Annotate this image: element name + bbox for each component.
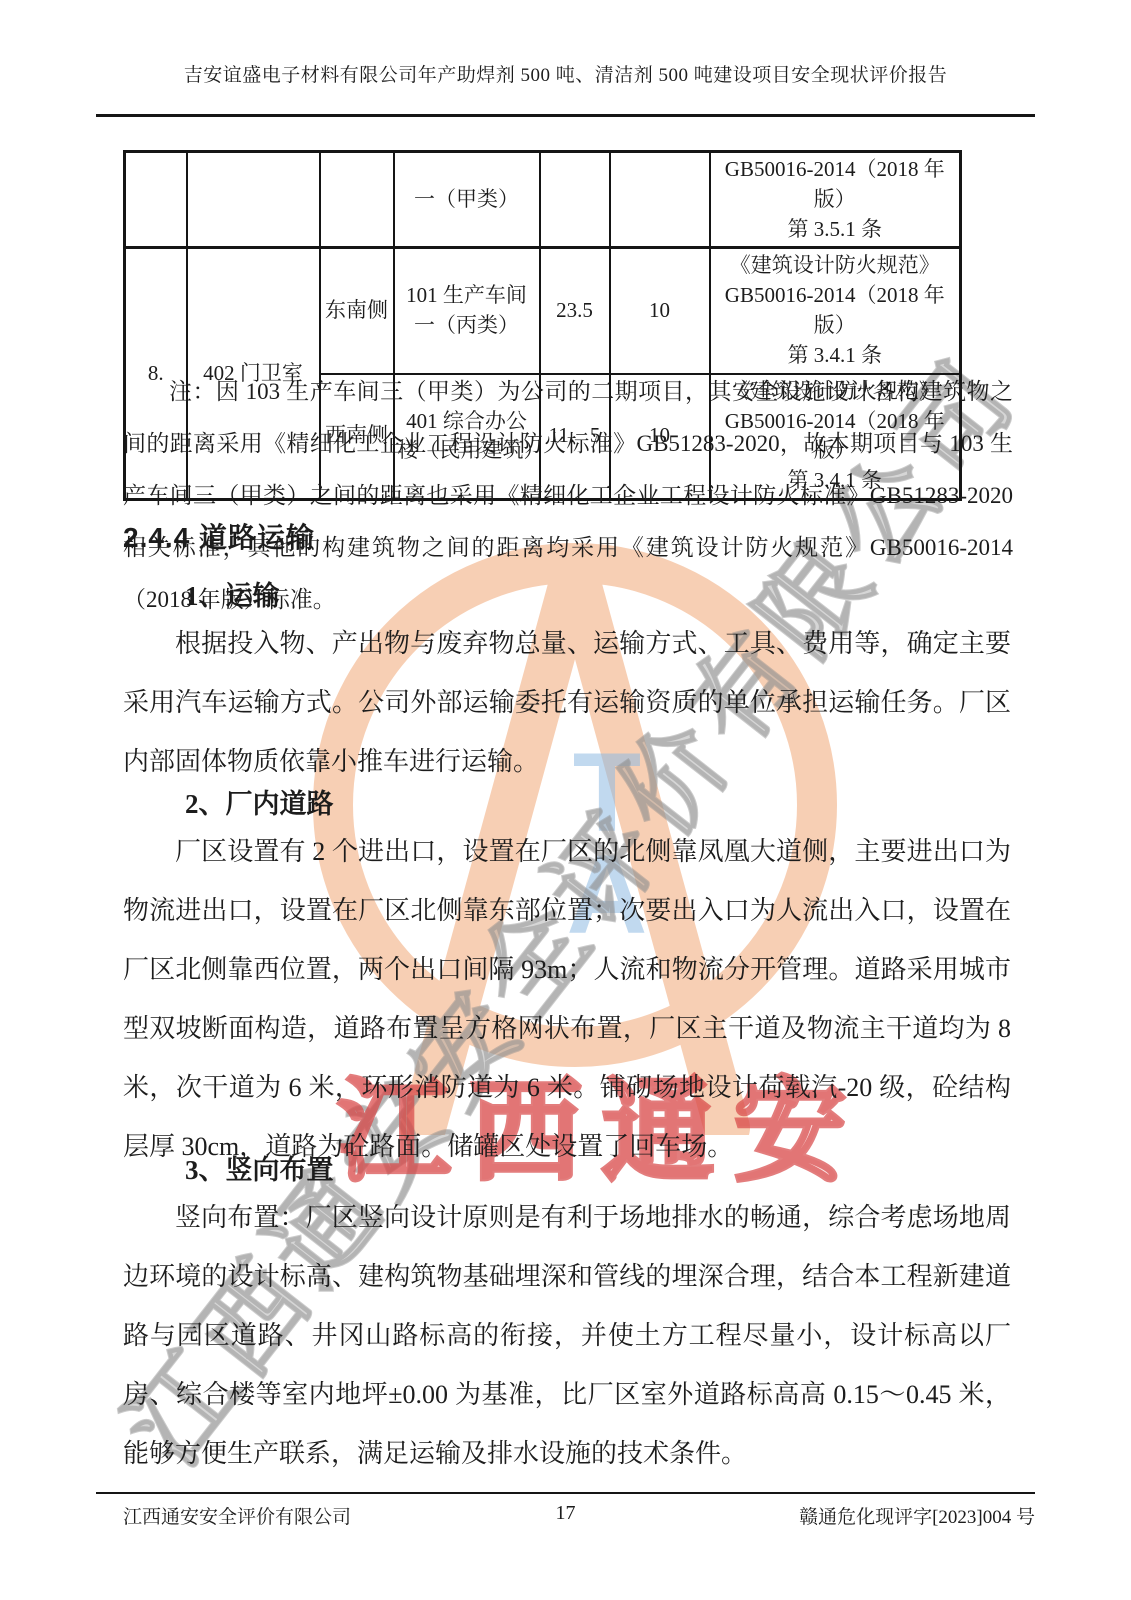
table-cell-building: 101 生产车间一（丙类）	[394, 248, 540, 374]
table-cell-side: 东南侧	[320, 248, 394, 374]
paragraph-vertical-layout: 竖向布置：厂区竖向设计原则是有利于场地排水的畅通，综合考虑场地周边环境的设计标高…	[123, 1188, 1011, 1483]
footer-page-number: 17	[123, 1502, 1008, 1525]
page-header-title: 吉安谊盛电子材料有限公司年产助焊剂 500 吨、清洁剂 500 吨建设项目安全现…	[0, 60, 1131, 87]
page-footer: 17 江西通安安全评价有限公司 赣通危化现评字[2023]004 号	[123, 1502, 1035, 1529]
table-cell-distance: 23.5	[540, 248, 610, 374]
subheading-factory-roads: 2、厂内道路	[185, 782, 334, 821]
footer-rule	[96, 1492, 1035, 1494]
report-page: TA 江西通安安全评价有限公司 江西通安 吉安谊盛电子材料有限公司年产助焊剂 5…	[0, 0, 1131, 1600]
section-heading-244: 2.4.4 道路运输	[123, 516, 315, 556]
table-cell-name	[187, 152, 320, 248]
header-rule	[96, 114, 1035, 117]
table-row-8a: 8. 402 门卫室 东南侧 101 生产车间一（丙类） 23.5 10 《建筑…	[125, 248, 961, 374]
paragraph-transport: 根据投入物、产出物与废弃物总量、运输方式、工具、费用等，确定主要采用汽车运输方式…	[123, 614, 1011, 791]
table-cell-basis: GB50016-2014（2018 年版） 第 3.5.1 条	[710, 152, 961, 248]
table-cell-distance	[540, 152, 610, 248]
table-cell-basis: 《建筑设计防火规范》 GB50016-2014（2018 年版） 第 3.4.1…	[710, 248, 961, 374]
paragraph-factory-roads: 厂区设置有 2 个进出口，设置在厂区的北侧靠凤凰大道侧，主要进出口为物流进出口，…	[123, 822, 1011, 1176]
basis-line: 《建筑设计防火规范》	[714, 251, 957, 281]
basis-line: GB50016-2014（2018 年版）	[714, 155, 957, 215]
basis-line: 第 3.5.1 条	[714, 215, 957, 245]
table-cell-building: 一（甲类）	[394, 152, 540, 248]
page-content: 吉安谊盛电子材料有限公司年产助焊剂 500 吨、清洁剂 500 吨建设项目安全现…	[0, 0, 1131, 1600]
subheading-vertical-layout: 3、竖向布置	[185, 1148, 334, 1187]
table-cell-required: 10	[610, 248, 710, 374]
table-cell-index	[125, 152, 187, 248]
subheading-transport: 1、运输	[185, 574, 280, 613]
basis-line: GB50016-2014（2018 年版）	[714, 281, 957, 341]
table-row-continued: 一（甲类） GB50016-2014（2018 年版） 第 3.5.1 条	[125, 152, 961, 248]
table-cell-side	[320, 152, 394, 248]
table-cell-required	[610, 152, 710, 248]
